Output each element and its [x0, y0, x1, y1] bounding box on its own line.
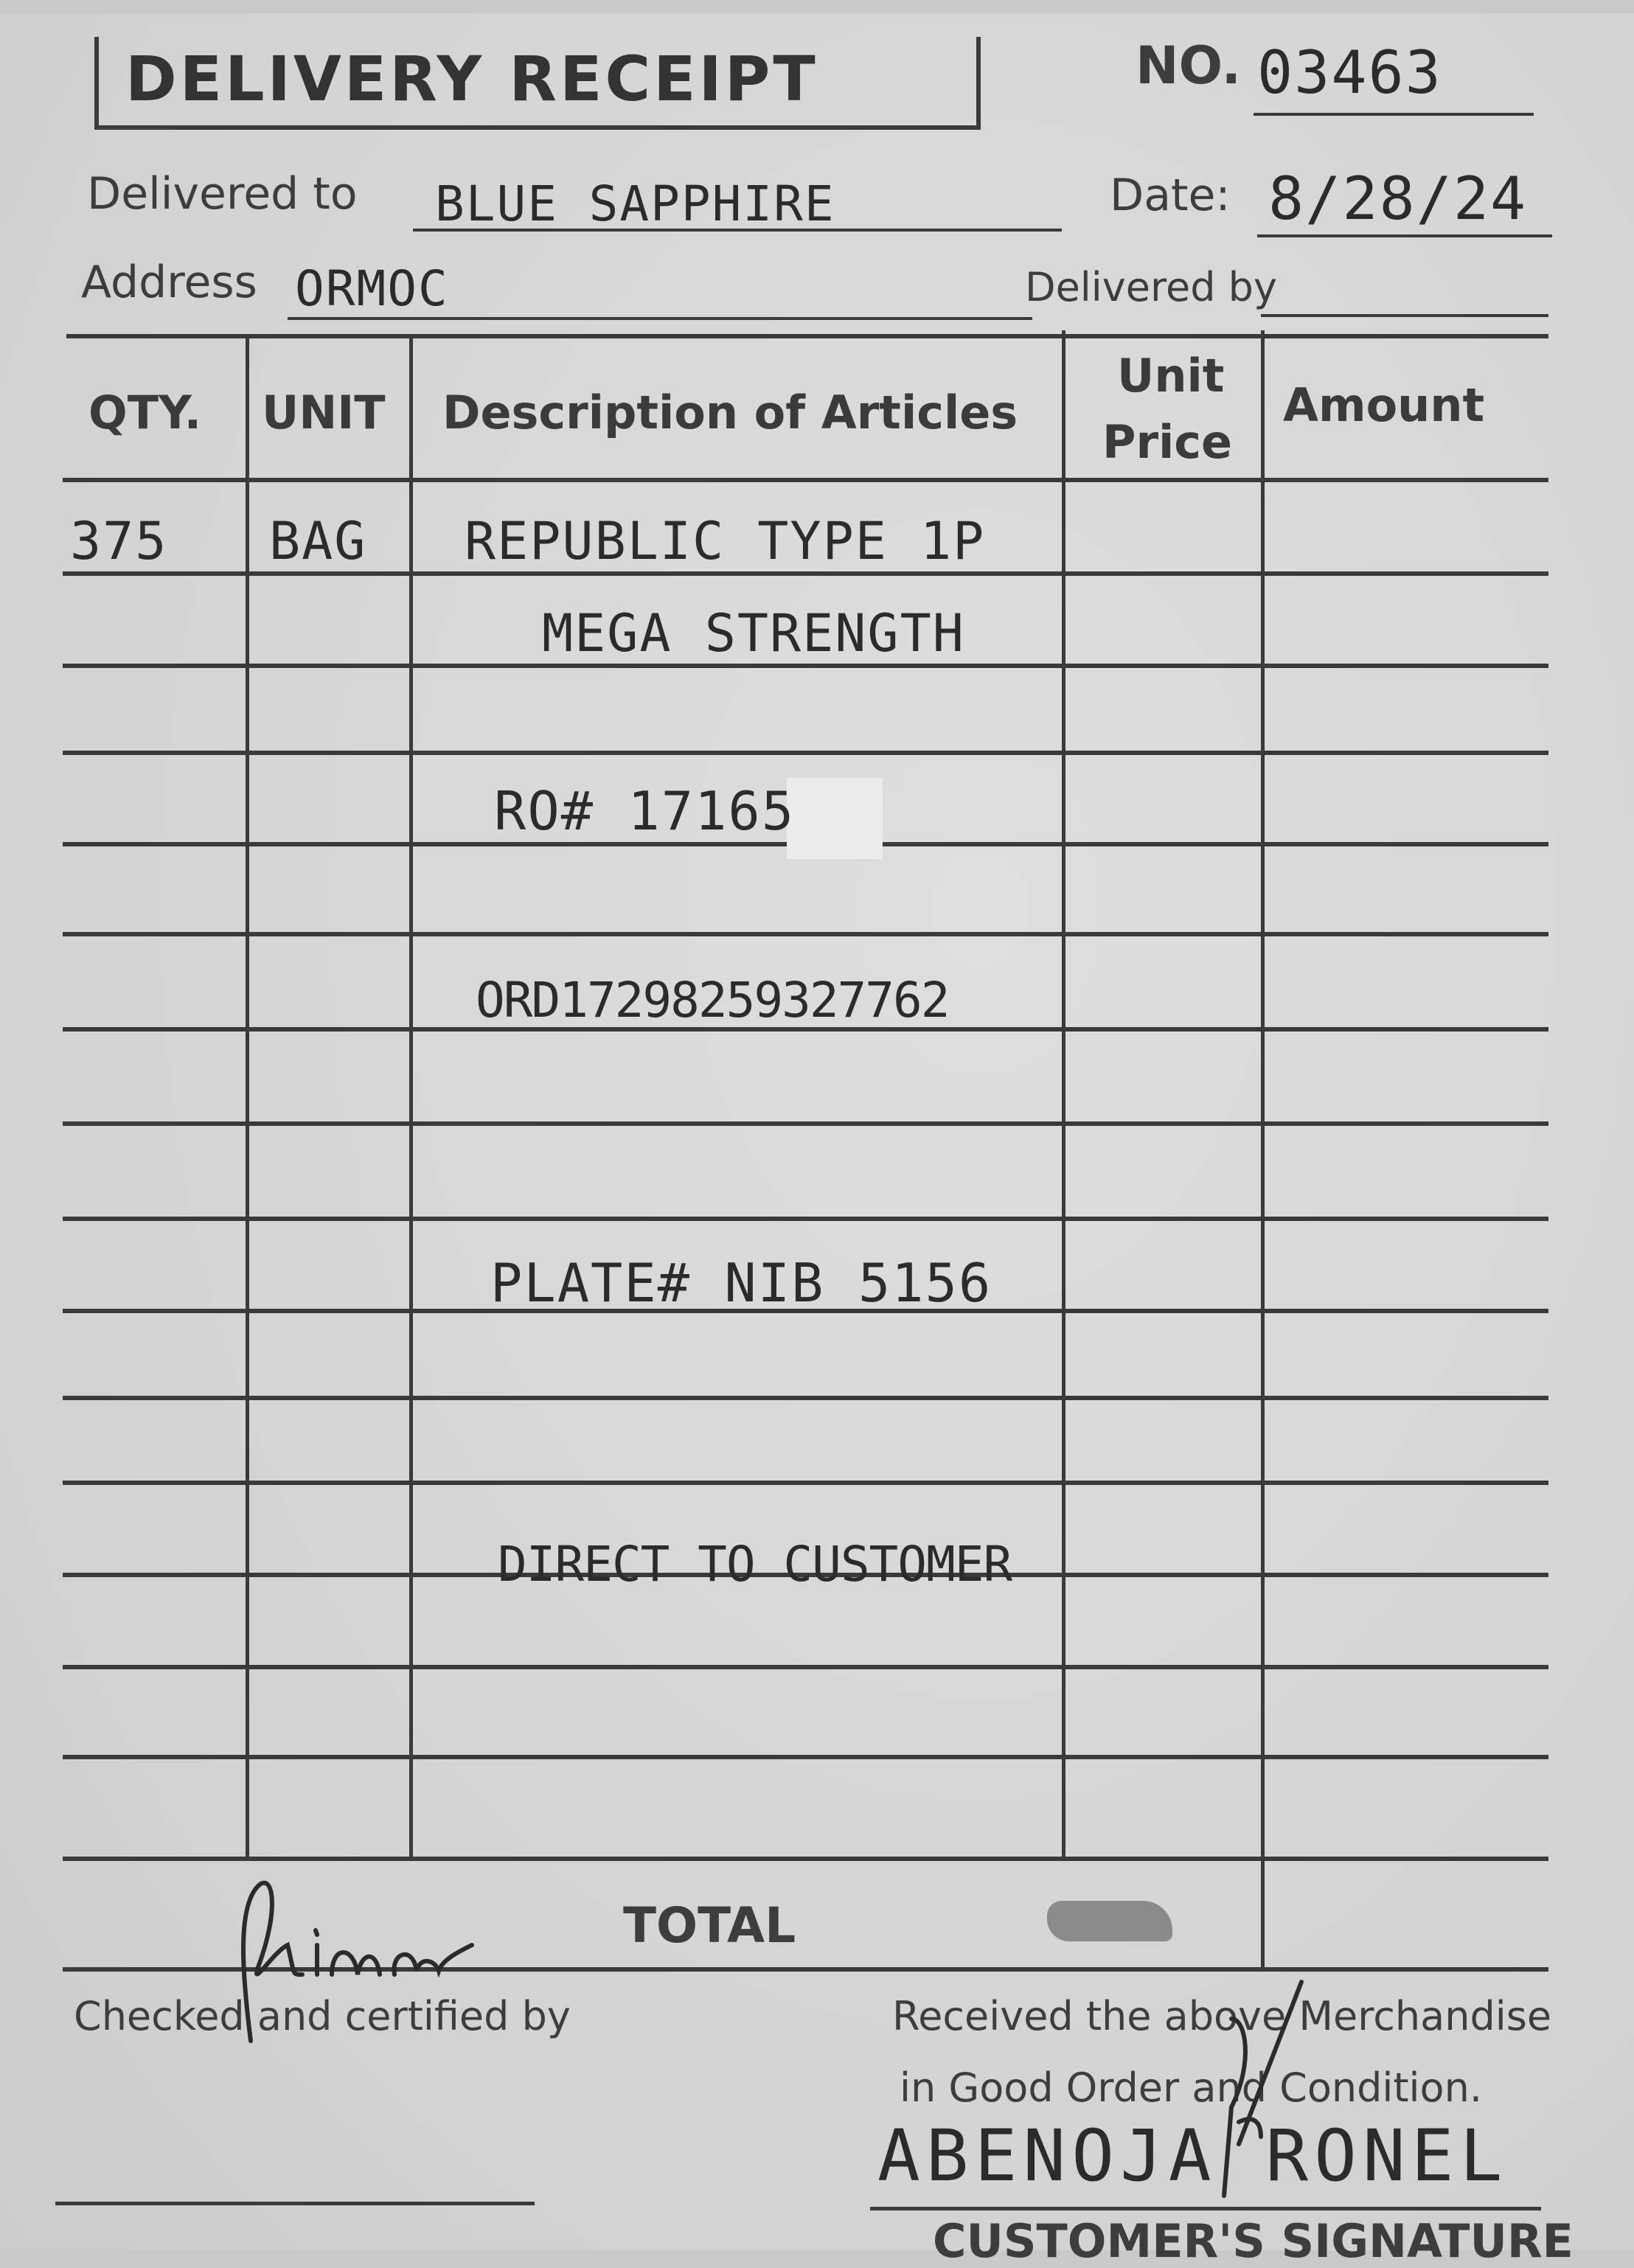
row-line: [63, 932, 1548, 936]
total-label: TOTAL: [623, 1897, 796, 1954]
total-redaction-mark: [1047, 1901, 1172, 1941]
header-unit-price-line2: Price: [1102, 415, 1232, 469]
header-description: Description of Articles: [442, 386, 1018, 439]
checked-signature-line[interactable]: [55, 2202, 535, 2205]
customer-name: ABENOJA RONEL: [877, 2115, 1508, 2197]
table-top-border: [66, 334, 1548, 338]
delivered-by-label: Delivered by: [1025, 264, 1277, 310]
row-1-description: REPUBLIC TYPE 1P: [465, 511, 985, 571]
address-underline: [288, 317, 1032, 320]
delivered-by-underline: [1261, 314, 1548, 317]
delivered-to-underline: [413, 229, 1062, 232]
date-underline: [1257, 234, 1552, 237]
header-amount: Amount: [1283, 378, 1484, 432]
address-value[interactable]: ORMOC: [295, 260, 449, 317]
row-1-qty: 375: [70, 511, 167, 571]
row-9-description: PLATE# NIB 5156: [490, 1252, 992, 1314]
row-line: [63, 1665, 1548, 1669]
customer-signature-label: CUSTOMER'S SIGNATURE: [933, 2214, 1574, 2250]
address-label: Address: [81, 257, 257, 308]
row-6-description: ORD17298259327762: [476, 972, 949, 1029]
row-line: [63, 1755, 1548, 1759]
customer-signature-line[interactable]: [870, 2207, 1541, 2210]
receipt-number: 03463: [1257, 38, 1442, 107]
delivered-to-value[interactable]: BLUE SAPPHIRE: [435, 175, 835, 232]
column-divider-qty: [246, 334, 249, 1859]
number-underline: [1254, 113, 1534, 116]
row-line: [63, 1396, 1548, 1400]
checked-certified-label: Checked and certified by: [74, 1993, 571, 2039]
receipt-title: DELIVERY RECEIPT: [125, 43, 818, 115]
delivered-to-label: Delivered to: [87, 168, 358, 220]
column-divider-description: [1062, 330, 1065, 1859]
header-unit-price-line1: Unit: [1117, 349, 1224, 403]
row-line: [63, 571, 1548, 576]
date-label: Date:: [1110, 170, 1231, 221]
correction-patch: [787, 778, 883, 859]
row-4-description: RO# 17165: [494, 780, 795, 842]
row-line: [63, 664, 1548, 668]
receipt-paper: DELIVERY RECEIPT NO. 03463 Delivered to …: [0, 13, 1634, 2250]
header-qty: QTY.: [88, 386, 201, 439]
number-label: NO.: [1136, 35, 1241, 96]
header-unit: UNIT: [262, 386, 386, 439]
row-line: [63, 1121, 1548, 1126]
row-line: [63, 751, 1548, 755]
row-12-description: DIRECT TO CUSTOMER: [498, 1536, 1012, 1593]
date-value[interactable]: 8/28/24: [1268, 164, 1527, 233]
table-bottom-border: [63, 1857, 1548, 1861]
row-line: [63, 1217, 1548, 1221]
column-divider-unit: [409, 334, 413, 1859]
header-bottom-border: [63, 478, 1548, 482]
column-divider-unit-price: [1261, 330, 1265, 1971]
row-line: [63, 1481, 1548, 1485]
row-1-unit: BAG: [269, 511, 366, 571]
row-2-description: MEGA STRENGTH: [542, 603, 965, 664]
